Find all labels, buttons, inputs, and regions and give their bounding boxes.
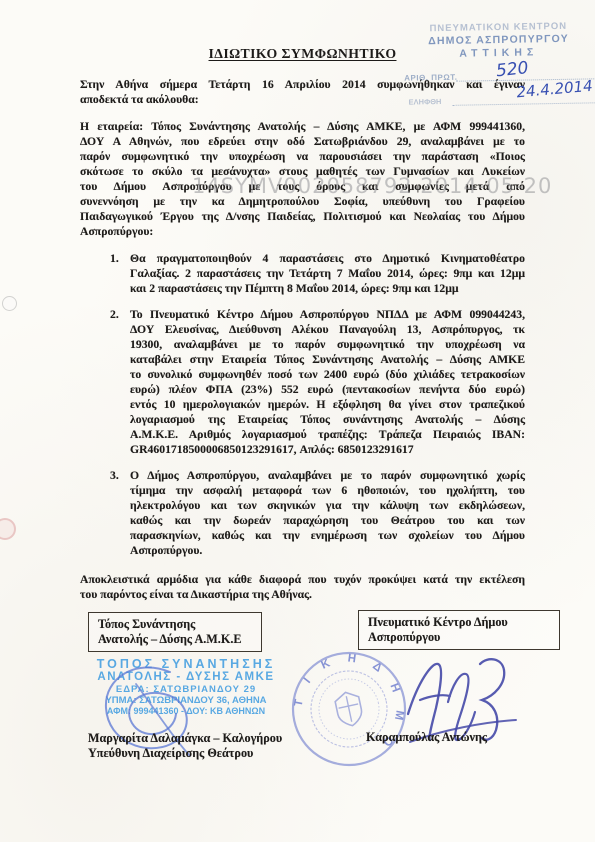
- company-stamp-line: ΤΟΠΟΣ ΣΥΝΑΝΤΗΣΗΣ: [60, 657, 312, 671]
- paragraph-line: καθώς και την δωρεάν παραχώρηση του Θεάτ…: [130, 513, 525, 528]
- paragraph-line: Το Πνευματικό Κέντρο Δήμου Ασπροπύργου Ν…: [130, 307, 525, 322]
- right-signer-name: Καραμπούλας Αντώνης: [366, 730, 487, 745]
- left-signer: Μαργαρίτα Δαλαμάγκα – Καλογήρου Υπεύθυνη…: [88, 731, 282, 761]
- term-item-3: 3. Ο Δήμος Ασπροπύργου, αναλαμβάνει με τ…: [80, 468, 525, 558]
- term-number: 2.: [110, 307, 130, 457]
- company-stamp-line: ΥΠΜΑ: ΣΑΤΩΒΡΙΑΝΔΟΥ 36, ΑΘΗΝΑ: [60, 695, 312, 706]
- received-date-row: ΕΛΗΦΘΗ 24.4.2014: [404, 85, 594, 112]
- protocol-stamp: ΠΝΕΥΜΑΤΙΚΟΝ ΚΕΝΤΡΟΝ ΔΗΜΟΣ ΑΣΠΡΟΠΥΡΓΟΥ ΑΤ…: [403, 20, 595, 112]
- left-party-name-line: Ανατολής – Δύσης Α.Μ.Κ.Ε: [98, 632, 252, 647]
- term-number: 3.: [110, 468, 130, 558]
- paragraph-line: του Δήμου Ασπροπύργου με τους όρους και …: [80, 179, 525, 194]
- paragraph-line: και 2 παραστάσεις την Πέμπτη 8 Μαΐου 201…: [130, 281, 525, 296]
- paragraph-line: λογαριασμού της Εταιρείας Τόπος συνάντησ…: [130, 412, 525, 427]
- term-item-1: 1. Θα πραγματοποιηθούν 4 παραστάσεις στο…: [80, 251, 525, 296]
- term-item-2: 2. Το Πνευματικό Κέντρο Δήμου Ασπροπύργο…: [80, 307, 525, 457]
- paragraph-line: ΔΟΥ Ελευσίνας, Διεύθυνση Αλέκου Παναγούλ…: [130, 322, 525, 337]
- protocol-number-handwritten: 520: [495, 58, 529, 81]
- paragraph-line: Θα πραγματοποιηθούν 4 παραστάσεις στο Δη…: [130, 251, 525, 266]
- paragraph-line: εντός 10 ημερολογιακών ημερών. Η εξόφλησ…: [130, 397, 525, 412]
- paragraph-line: ηλεκτρολόγου και των σκηνικών για την κά…: [130, 498, 525, 513]
- left-signer-role: Υπεύθυνη Διαχείρισης Θεάτρου: [88, 746, 282, 761]
- paragraph-line: Ασπροπύργου.: [130, 543, 525, 558]
- received-label: ΕΛΗΦΘΗ: [409, 97, 442, 107]
- paragraph-line: του παρόντος είναι τα Δικαστήρια της Αθή…: [80, 587, 525, 602]
- punch-hole-bottom: [0, 518, 16, 540]
- term-number: 1.: [110, 251, 130, 296]
- paragraph-line: Γαλαξίας. 2 παραστάσεις την Τετάρτη 7 Μα…: [130, 266, 525, 281]
- paragraph-line: Ο Δήμος Ασπροπύργου, αναλαμβάνει με το π…: [130, 468, 525, 483]
- right-party-name-line: Πνευματικό Κέντρο Δήμου: [368, 615, 550, 630]
- protocol-stamp-org-line: ΑΤΤΙΚΗΣ: [404, 45, 594, 60]
- paragraph-line: Α.Μ.Κ.Ε. Αριθμός λογαριασμού τραπέζης: Τ…: [130, 427, 525, 442]
- scanned-agreement-page: 14SYMV002058792 2014-05-20 ΠΝΕΥΜΑΤΙΚΟΝ Κ…: [0, 0, 595, 842]
- document-body: ΙΔΙΩΤΙΚΟ ΣΥΜΦΩΝΗΤΙΚΟ Στην Αθήνα σήμερα Τ…: [80, 46, 525, 614]
- dotted-line: [453, 102, 595, 105]
- paragraph-line: Ασπροπύργου:: [80, 224, 525, 239]
- right-party-name-line: Ασπροπύργου: [368, 630, 550, 645]
- paragraph-line: τίμημα την ασφαλή μεταφορά των 6 ηθοποιώ…: [130, 483, 525, 498]
- protocol-number-label: ΑΡΙΘ. ΠΡΩΤ.: [404, 73, 457, 83]
- paragraph-line: το συνολικό συμφωνηθέν ποσό των 2400 ευρ…: [130, 367, 525, 382]
- paragraph-line: Παιδαγωγικού Έργου της Δ/νσης Παιδείας, …: [80, 209, 525, 224]
- paragraph-line: ευρώ) πλέον ΦΠΑ (23%) 552 ευρώ (πεντακοσ…: [130, 382, 525, 397]
- paragraph-line: σκότωσε το σκύλο τα μεσάνυχτα» στους μαθ…: [80, 164, 525, 179]
- punch-hole-top: [2, 296, 17, 311]
- right-signature-box: Πνευματικό Κέντρο Δήμου Ασπροπύργου: [358, 610, 560, 650]
- company-stamp-line: ΑΝΑΤΟΛΗΣ - ΔΥΣΗΣ ΑΜΚΕ: [60, 671, 312, 684]
- paragraph-line: ΔΟΥ Α Αθηνών, που εδρεύει στην οδό Σατωβ…: [80, 134, 525, 149]
- party-paragraph: Η εταιρεία: Τόπος Συνάντησης Ανατολής – …: [80, 119, 525, 239]
- paragraph-line: Αποκλειστικά αρμόδια για κάθε διαφορά πο…: [80, 572, 525, 587]
- paragraph-line: καταβάλει στην Εταιρεία Τόπος Συνάντησης…: [130, 352, 525, 367]
- left-signer-name: Μαργαρίτα Δαλαμάγκα – Καλογήρου: [88, 731, 282, 746]
- left-party-name-line: Τόπος Συνάντησης: [98, 617, 252, 632]
- paragraph-line: GR4601718500006850123291617, Απλός: 6850…: [130, 442, 525, 457]
- company-stamp-line: ΕΔΡΑ: ΣΑΤΩΒΡΙΑΝΔΟΥ 29: [60, 684, 312, 695]
- company-stamp: ΤΟΠΟΣ ΣΥΝΑΝΤΗΣΗΣ ΑΝΑΤΟΛΗΣ - ΔΥΣΗΣ ΑΜΚΕ Ε…: [60, 657, 312, 717]
- right-signer: Καραμπούλας Αντώνης: [366, 730, 487, 745]
- left-signature-box: Τόπος Συνάντησης Ανατολής – Δύσης Α.Μ.Κ.…: [88, 612, 262, 652]
- paragraph-line: συνεννόηση με την κα Δημητροπούλου Σοφία…: [80, 194, 525, 209]
- paragraph-line: παρόν συμφωνητικό την υποχρέωση να παρου…: [80, 149, 525, 164]
- paragraph-line: παρασκηνίων, καθώς και την ενημέρωση των…: [130, 528, 525, 543]
- company-stamp-line: ΑΦΜ: 999441360 - ΔΟΥ: ΚΒ ΑΘΗΝΩΝ: [60, 706, 312, 717]
- paragraph-line: 19300, αναλαμβάνει με το παρόν συμφωνητι…: [130, 337, 525, 352]
- paragraph-line: Η εταιρεία: Τόπος Συνάντησης Ανατολής – …: [80, 119, 525, 134]
- jurisdiction-paragraph: Αποκλειστικά αρμόδια για κάθε διαφορά πο…: [80, 572, 525, 602]
